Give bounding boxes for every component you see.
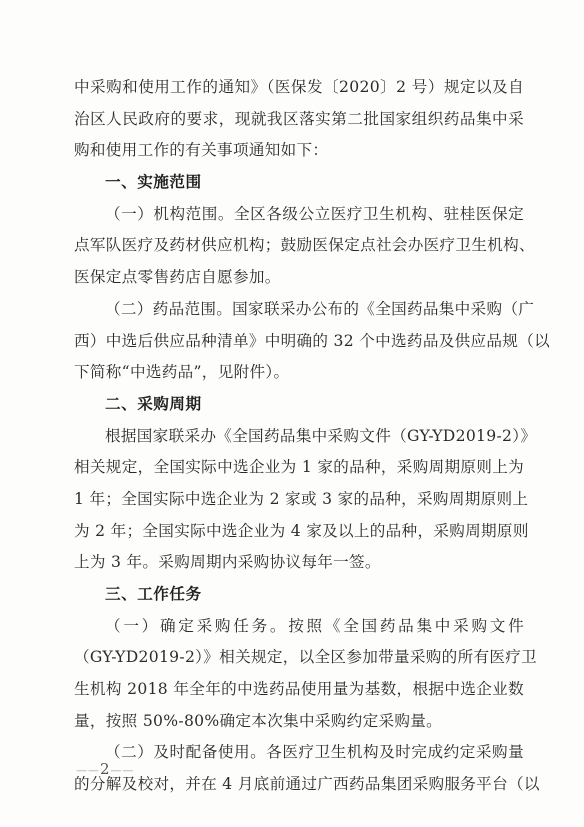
paragraph-line: （二）及时配备使用。各医疗卫生机构及时完成约定采购量 (74, 737, 524, 769)
document-body: 中采购和使用工作的通知》（医保发〔2020〕2 号）规定以及自 治区人民政府的要… (74, 72, 524, 801)
paragraph-line: 治区人民政府的要求，现就我区落实第二批国家组织药品集中采 (74, 104, 524, 136)
page-number-dash-right: —— (111, 764, 135, 777)
paragraph-line: 点军队医疗及药材供应机构；鼓励医保定点社会办医疗卫生机构、 (74, 230, 524, 262)
paragraph-line: （一）确定采购任务。按照《全国药品集中采购文件 (74, 611, 524, 643)
paragraph-line: （GY-YD2019-2）》相关规定，以全区参加带量采购的所有医疗卫 (74, 642, 524, 674)
paragraph-line: 的分解及校对，并在 4 月底前通过广西药品集团采购服务平台（以 (74, 769, 524, 801)
paragraph-line: 为 2 年；全国实际中选企业为 4 家及以上的品种，采购周期原则 (74, 516, 524, 548)
section-heading-tasks: 三、工作任务 (74, 579, 524, 611)
paragraph-line: 上为 3 年。采购周期内采购协议每年一签。 (74, 547, 524, 579)
paragraph-line: 根据国家联采办《全国药品集中采购文件（GY-YD2019-2）》 (74, 421, 524, 453)
paragraph-line: （一）机构范围。全区各级公立医疗卫生机构、驻桂医保定 (74, 199, 524, 231)
document-page: 中采购和使用工作的通知》（医保发〔2020〕2 号）规定以及自 治区人民政府的要… (0, 0, 584, 827)
paragraph-line: 购和使用工作的有关事项通知如下： (74, 135, 524, 167)
section-heading-scope: 一、实施范围 (74, 167, 524, 199)
paragraph-line: 中采购和使用工作的通知》（医保发〔2020〕2 号）规定以及自 (74, 72, 524, 104)
page-number: ——2—— (76, 760, 135, 778)
paragraph-line: 医保定点零售药店自愿参加。 (74, 262, 524, 294)
page-number-value: 2 (100, 760, 111, 778)
section-heading-period: 二、采购周期 (74, 389, 524, 421)
paragraph-line: 相关规定，全国实际中选企业为 1 家的品种，采购周期原则上为 (74, 452, 524, 484)
paragraph-line: （二）药品范围。国家联采办公布的《全国药品集中采购（广 (74, 294, 524, 326)
paragraph-line: 生机构 2018 年全年的中选药品使用量为基数，根据中选企业数 (74, 674, 524, 706)
paragraph-line: 下简称“中选药品”，见附件）。 (74, 357, 524, 389)
page-number-dash-left: —— (76, 764, 100, 777)
paragraph-line: 量，按照 50%-80%确定本次集中采购约定采购量。 (74, 706, 524, 738)
paragraph-line: 1 年；全国实际中选企业为 2 家或 3 家的品种，采购周期原则上 (74, 484, 524, 516)
paragraph-line: 西）中选后供应品种清单》中明确的 32 个中选药品及供应品规（以 (74, 326, 524, 358)
